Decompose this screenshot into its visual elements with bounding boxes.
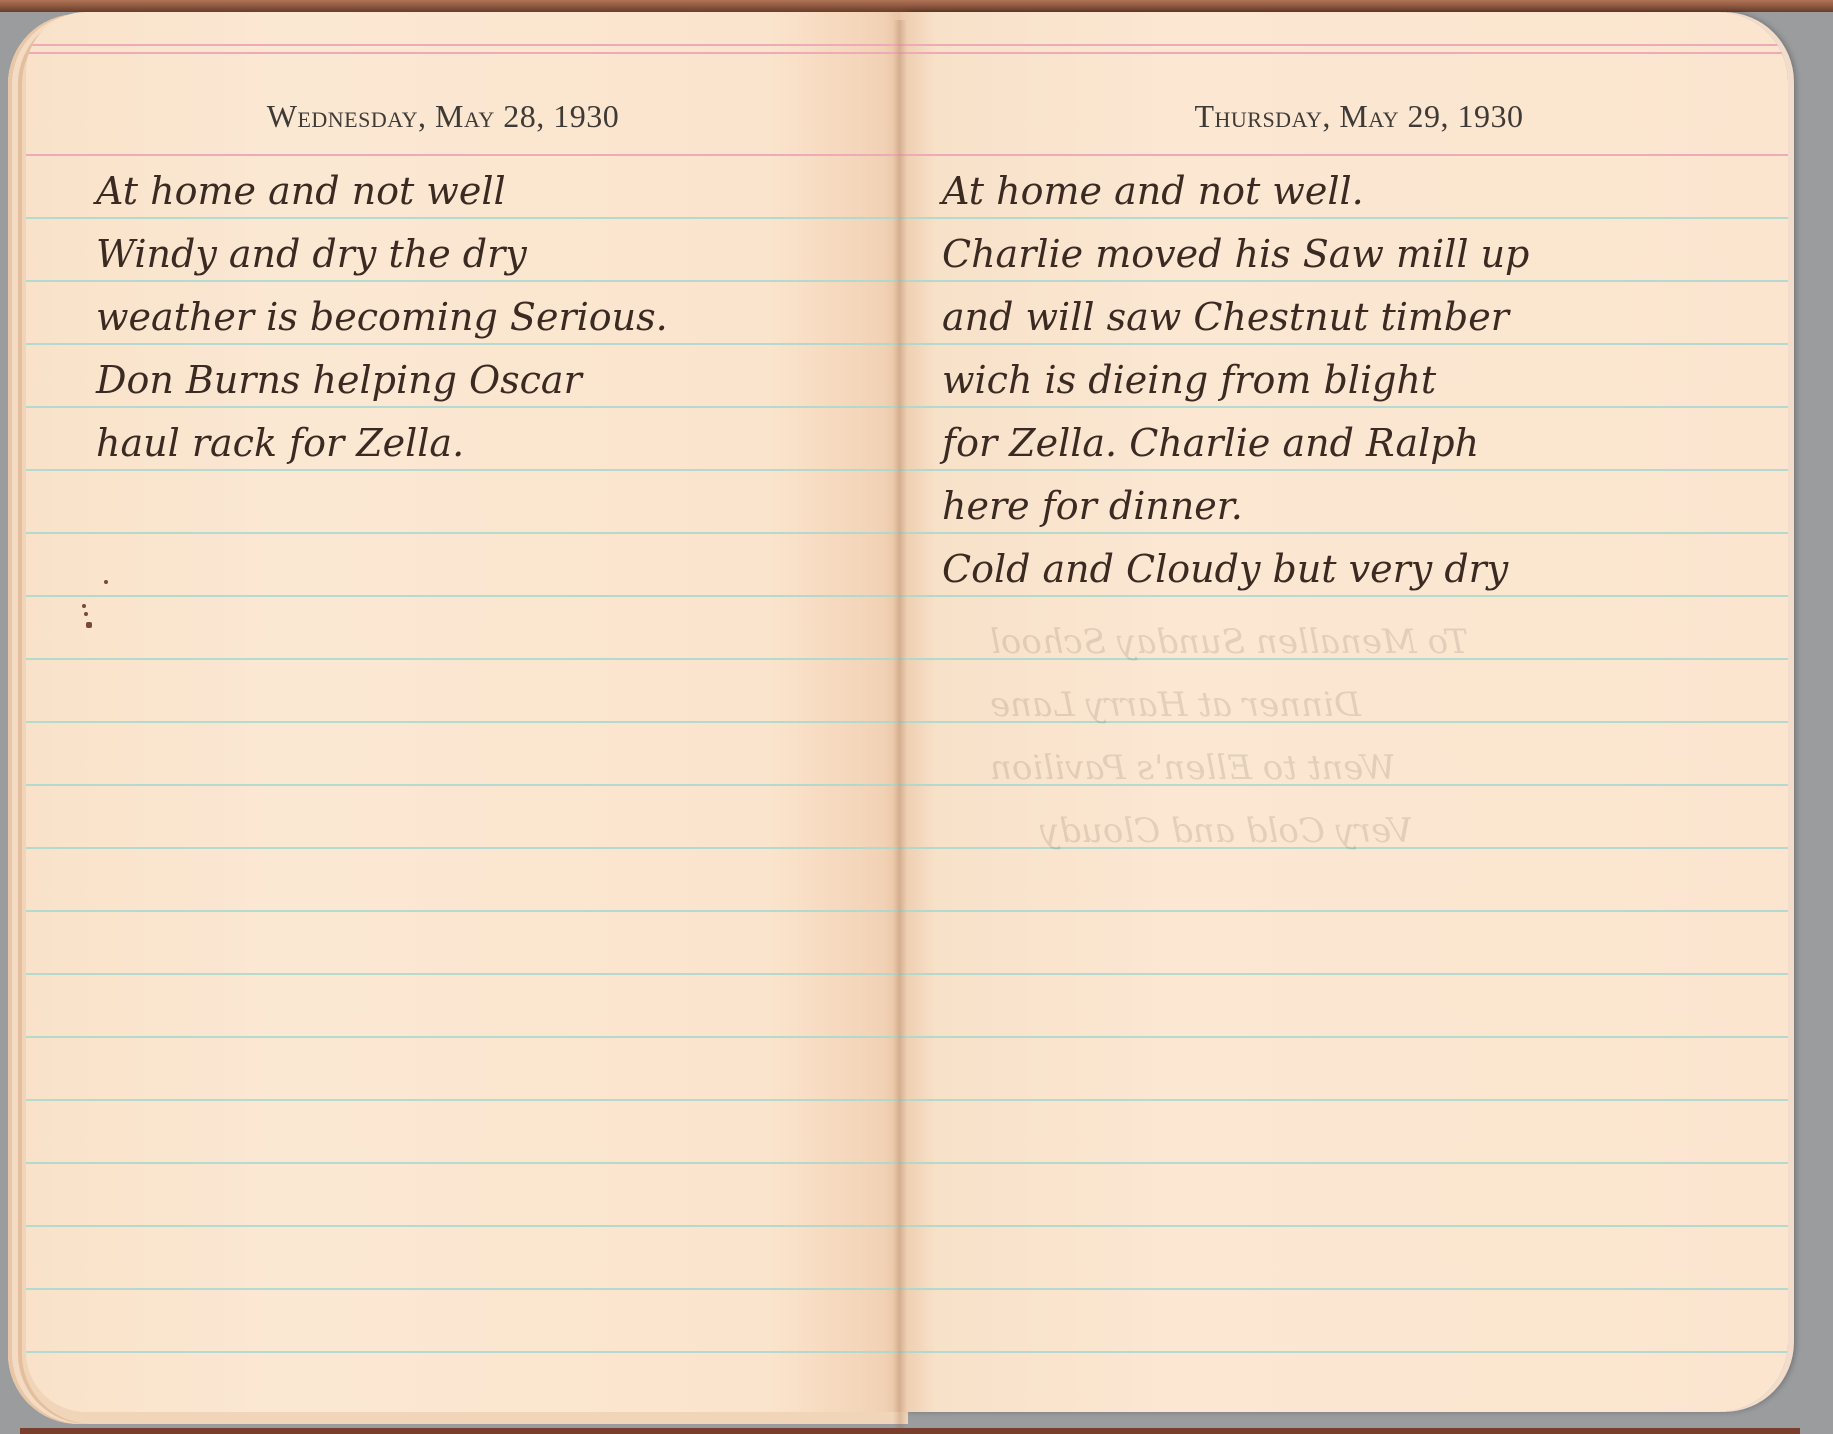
bleed-line: To Menallen Sunday School xyxy=(990,622,1468,662)
page-date-header: Thursday, May 29, 1930 xyxy=(900,98,1788,135)
blue-rule xyxy=(26,595,900,597)
entry-line: Don Burns helping Oscar xyxy=(96,349,582,412)
blue-rule xyxy=(26,1351,900,1353)
blue-rule xyxy=(26,1225,900,1227)
blue-rule xyxy=(900,1099,1788,1101)
bleed-line: Very Cold and Cloudy xyxy=(1040,811,1413,851)
entry-line: Charlie moved his Saw mill up xyxy=(942,223,1529,286)
pink-rule xyxy=(900,154,1788,156)
pink-rule xyxy=(900,52,1788,54)
book-cover-bottom xyxy=(20,1428,1800,1434)
entry-line: At home and not well. xyxy=(942,160,1364,223)
blue-rule xyxy=(26,1162,900,1164)
entry-line: haul rack for Zella. xyxy=(96,412,464,475)
entry-line: Cold and Cloudy but very dry xyxy=(942,538,1508,601)
blue-rule xyxy=(26,532,900,534)
entry-line: wich is dieing from blight xyxy=(942,349,1436,412)
blue-rule xyxy=(26,1036,900,1038)
entry-line: weather is becoming Serious. xyxy=(96,286,668,349)
book-spine xyxy=(893,20,907,1428)
blue-rule xyxy=(26,1099,900,1101)
blue-rule xyxy=(900,1288,1788,1290)
bleed-line: Dinner at Harry Lane xyxy=(990,685,1361,725)
page-date-header: Wednesday, May 28, 1930 xyxy=(26,98,900,135)
entry-line: Windy and dry the dry xyxy=(96,223,527,286)
right-page: Thursday, May 29, 1930 At home and not w… xyxy=(900,12,1788,1412)
bleed-line: Went to Ellen's Pavilion xyxy=(990,748,1396,788)
blue-rule xyxy=(26,1288,900,1290)
blue-rule xyxy=(26,847,900,849)
blue-rule xyxy=(900,1225,1788,1227)
blue-rule xyxy=(900,1162,1788,1164)
entry-line: for Zella. Charlie and Ralph xyxy=(942,412,1479,475)
blue-rule xyxy=(900,973,1788,975)
left-page: Wednesday, May 28, 1930 At home and not … xyxy=(26,12,900,1412)
blue-rule xyxy=(900,1036,1788,1038)
pink-rule xyxy=(26,44,900,46)
entry-line: and will saw Chestnut timber xyxy=(942,286,1509,349)
blue-rule xyxy=(26,973,900,975)
blue-rule xyxy=(26,910,900,912)
blue-rule xyxy=(900,1351,1788,1353)
pink-rule xyxy=(26,52,900,54)
blue-rule xyxy=(900,910,1788,912)
entry-line: here for dinner. xyxy=(942,475,1243,538)
entry-line: At home and not well xyxy=(96,160,506,223)
blue-rule xyxy=(26,658,900,660)
blue-rule xyxy=(26,784,900,786)
pink-rule xyxy=(26,154,900,156)
blue-rule xyxy=(26,721,900,723)
diary-spread: Wednesday, May 28, 1930 At home and not … xyxy=(0,8,1800,1428)
pink-rule xyxy=(900,44,1788,46)
